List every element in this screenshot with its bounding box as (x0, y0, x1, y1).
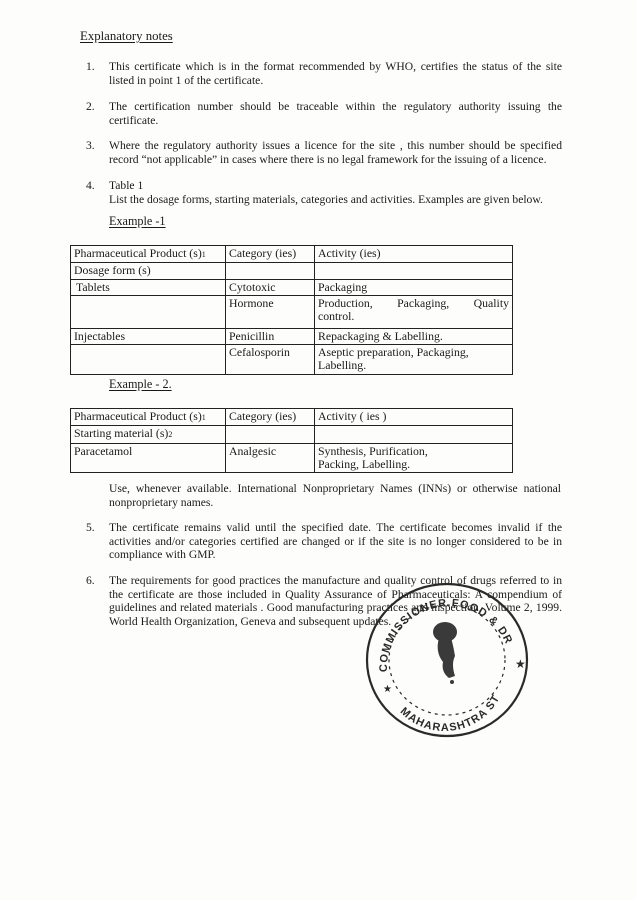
note-text: List the dosage forms, starting material… (109, 193, 562, 207)
note-number: 6. (86, 574, 106, 588)
header-product: Pharmaceutical Product (s)1 (71, 409, 226, 426)
note-number: 2. (86, 100, 106, 114)
page-heading: Explanatory notes (80, 29, 173, 44)
cell-activity: Repackaging & Labelling. (315, 328, 513, 344)
cell-activity: Packaging (315, 279, 513, 295)
svg-text:MAHARASHTRA STATE: MAHARASHTRA STATE (355, 572, 502, 734)
inn-note: Use, whenever available. International N… (109, 482, 561, 509)
document-page: Explanatory notes 1. This certificate wh… (0, 0, 637, 900)
note-number: 4. (86, 179, 106, 193)
example-1-table: Pharmaceutical Product (s)1 Category (ie… (70, 245, 513, 375)
note-1: 1. This certificate which is in the form… (86, 60, 562, 87)
svg-text:★: ★ (515, 657, 526, 671)
header-product: Pharmaceutical Product (s)1 (71, 246, 226, 263)
note-text: Where the regulatory authority issues a … (109, 139, 562, 166)
note-5: 5. The certificate remains valid until t… (86, 521, 562, 562)
note-3: 3. Where the regulatory authority issues… (86, 139, 562, 166)
example-2-label: Example - 2. (109, 377, 172, 392)
table-subheader-row: Starting material (s)2 (71, 426, 513, 443)
header-activity: Activity (ies) (315, 246, 513, 263)
note-number: 5. (86, 521, 106, 535)
table-header-row: Pharmaceutical Product (s)1 Category (ie… (71, 409, 513, 426)
note-2: 2. The certification number should be tr… (86, 100, 562, 127)
note-number: 3. (86, 139, 106, 153)
subheader-dosage-form: Dosage form (s) (71, 263, 226, 279)
cell-category: Penicillin (226, 328, 315, 344)
note-title: Table 1 (109, 179, 562, 193)
note-text: The certificate remains valid until the … (109, 521, 562, 562)
note-number: 1. (86, 60, 106, 74)
example-1-label: Example -1 (109, 214, 166, 229)
table-header-row: Pharmaceutical Product (s)1 Category (ie… (71, 246, 513, 263)
note-text: This certificate which is in the format … (109, 60, 562, 87)
table-row: Tablets Cytotoxic Packaging (71, 279, 513, 295)
subheader-starting-material: Starting material (s)2 (71, 426, 226, 443)
table-row: Cefalosporin Aseptic preparation, Packag… (71, 345, 513, 375)
cell-activity: Aseptic preparation, Packaging, Labellin… (315, 345, 513, 375)
cell-product (71, 295, 226, 328)
table-row: Paracetamol Analgesic Synthesis, Purific… (71, 443, 513, 473)
cell-category: Hormone (226, 295, 315, 328)
table-row: Hormone Production, Packaging, Quality c… (71, 295, 513, 328)
stamp-seal-icon: COMMISSIONER FOOD & DRUGS ADMINISTRATION… (355, 572, 535, 742)
header-category: Category (ies) (226, 409, 315, 426)
note-4: 4. Table 1 List the dosage forms, starti… (86, 179, 562, 206)
cell-product: Paracetamol (71, 443, 226, 473)
table-row: Injectables Penicillin Repackaging & Lab… (71, 328, 513, 344)
cell-activity: Synthesis, Purification, Packing, Labell… (315, 443, 513, 473)
cell-category: Analgesic (226, 443, 315, 473)
emblem-icon (433, 622, 457, 684)
note-text: The certification number should be trace… (109, 100, 562, 127)
example-2-table: Pharmaceutical Product (s)1 Category (ie… (70, 408, 513, 473)
cell-category: Cefalosporin (226, 345, 315, 375)
cell-product (71, 345, 226, 375)
cell-activity: Production, Packaging, Quality control. (315, 295, 513, 328)
table-subheader-row: Dosage form (s) (71, 263, 513, 279)
official-stamp: COMMISSIONER FOOD & DRUGS ADMINISTRATION… (355, 572, 535, 742)
svg-text:★: ★ (383, 684, 392, 695)
cell-product: Tablets (71, 279, 226, 295)
cell-category: Cytotoxic (226, 279, 315, 295)
header-activity: Activity ( ies ) (315, 409, 513, 426)
header-category: Category (ies) (226, 246, 315, 263)
cell-product: Injectables (71, 328, 226, 344)
